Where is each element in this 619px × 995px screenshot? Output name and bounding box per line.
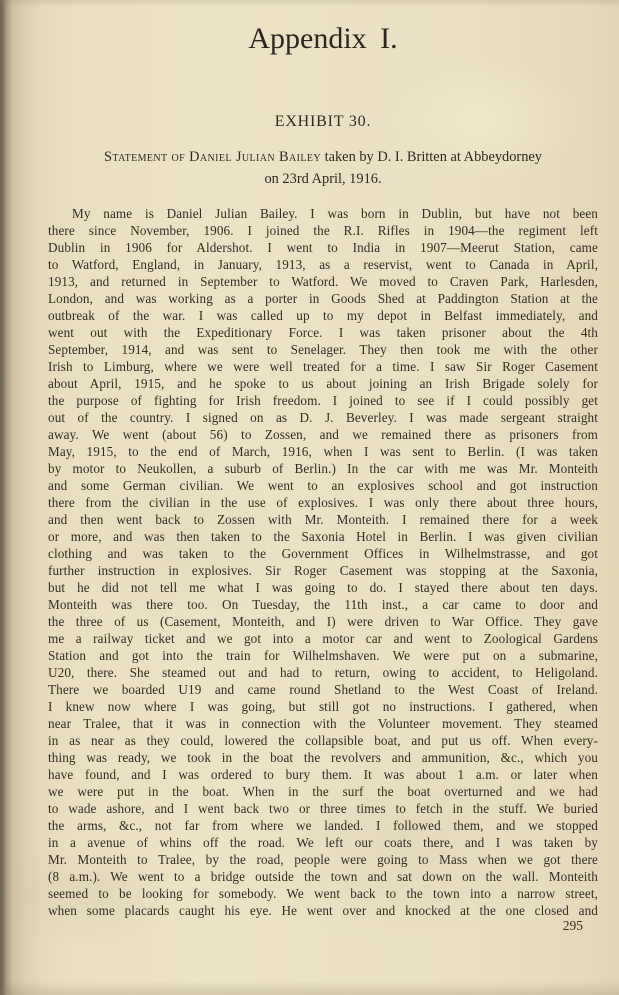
body-line: to Watford, England, in January, 1913, a… xyxy=(48,256,598,273)
body-line: clothing and was taken to the Government… xyxy=(48,545,598,562)
body-line: I knew now where I was going, but still … xyxy=(48,698,598,715)
body-line: about April, 1915, and he spoke to us ab… xyxy=(48,375,598,392)
body-line: There we boarded U19 and came round Shet… xyxy=(48,681,598,698)
body-line: thing was ready, we took in the boat the… xyxy=(48,749,598,766)
body-line: My name is Daniel Julian Bailey. I was b… xyxy=(48,205,598,222)
body-line: Dublin in 1906 for Aldershot. I went to … xyxy=(48,239,598,256)
body-line: Irish to Limburg, where we were well tre… xyxy=(48,358,598,375)
body-line: U20, there. She steamed out and had to r… xyxy=(48,664,598,681)
statement-heading: Statement of Daniel Julian Bailey taken … xyxy=(38,146,608,190)
exhibit-heading: EXHIBIT 30. xyxy=(48,113,598,131)
statement-heading-name: Statement of Daniel Julian Bailey xyxy=(104,149,321,165)
body-line: the purpose of fighting for Irish freedo… xyxy=(48,392,598,409)
body-line: May, 1915, to the end of March, 1916, wh… xyxy=(48,443,598,460)
body-line: Station and got into the train for Wilhe… xyxy=(48,647,598,664)
page-number: 295 xyxy=(48,918,583,934)
body-line: the arms, &c., not far from where we lan… xyxy=(48,817,598,834)
body-line: we were put in the boat. When in the sur… xyxy=(48,783,598,800)
body-line: out of the country. I signed on as D. J.… xyxy=(48,409,598,426)
statement-heading-line1: Statement of Daniel Julian Bailey taken … xyxy=(38,146,608,168)
body-line: to wade ashore, and I went back two or t… xyxy=(48,800,598,817)
body-line: but he did not tell me what I was going … xyxy=(48,579,598,596)
body-line: in a avenue of whins off the road. We le… xyxy=(48,834,598,851)
body-line: (8 a.m.). We went to a bridge outside th… xyxy=(48,868,598,885)
body-line: by motor to Neukollen, a suburb of Berli… xyxy=(48,460,598,477)
body-line: and then went back to Zossen with Mr. Mo… xyxy=(48,511,598,528)
body-line: there since November, 1906. I joined the… xyxy=(48,222,598,239)
body-line: when some placards caught his eye. He we… xyxy=(48,902,598,919)
body-line: Mr. Monteith to Tralee, by the road, peo… xyxy=(48,851,598,868)
body-line: 1913, and returned in September to Watfo… xyxy=(48,273,598,290)
body-line: in as near as they could, lowered the co… xyxy=(48,732,598,749)
body-line: me a railway ticket and we got into a mo… xyxy=(48,630,598,647)
statement-body-paragraph: My name is Daniel Julian Bailey. I was b… xyxy=(48,205,598,919)
body-line: London, and was working as a porter in G… xyxy=(48,290,598,307)
appendix-title: Appendix I. xyxy=(48,20,598,58)
statement-heading-date: on 23rd April, 1916. xyxy=(38,168,608,190)
body-line: went out with the Expeditionary Force. I… xyxy=(48,324,598,341)
statement-heading-taken-by: taken by D. I. Britten at Abbeydorney xyxy=(321,149,542,165)
body-line: have found, and I was ordered to bury th… xyxy=(48,766,598,783)
body-line: there from the civilian in the use of ex… xyxy=(48,494,598,511)
body-line: or more, and was then taken to the Saxon… xyxy=(48,528,598,545)
body-line: and some German civilian. We went to an … xyxy=(48,477,598,494)
body-line: away. We went (about 56) to Zossen, and … xyxy=(48,426,598,443)
body-line: seemed to be looking for somebody. We we… xyxy=(48,885,598,902)
body-line: further instruction in explosives. Sir R… xyxy=(48,562,598,579)
body-line: Monteith was there too. On Tuesday, the … xyxy=(48,596,598,613)
body-line: near Tralee, that it was in connection w… xyxy=(48,715,598,732)
body-line: the three of us (Casement, Monteith, and… xyxy=(48,613,598,630)
body-line: outbreak of the war. I was called up to … xyxy=(48,307,598,324)
book-page-scan: Appendix I. EXHIBIT 30. Statement of Dan… xyxy=(0,0,619,995)
body-line: September, 1914, and was sent to Senelag… xyxy=(48,341,598,358)
